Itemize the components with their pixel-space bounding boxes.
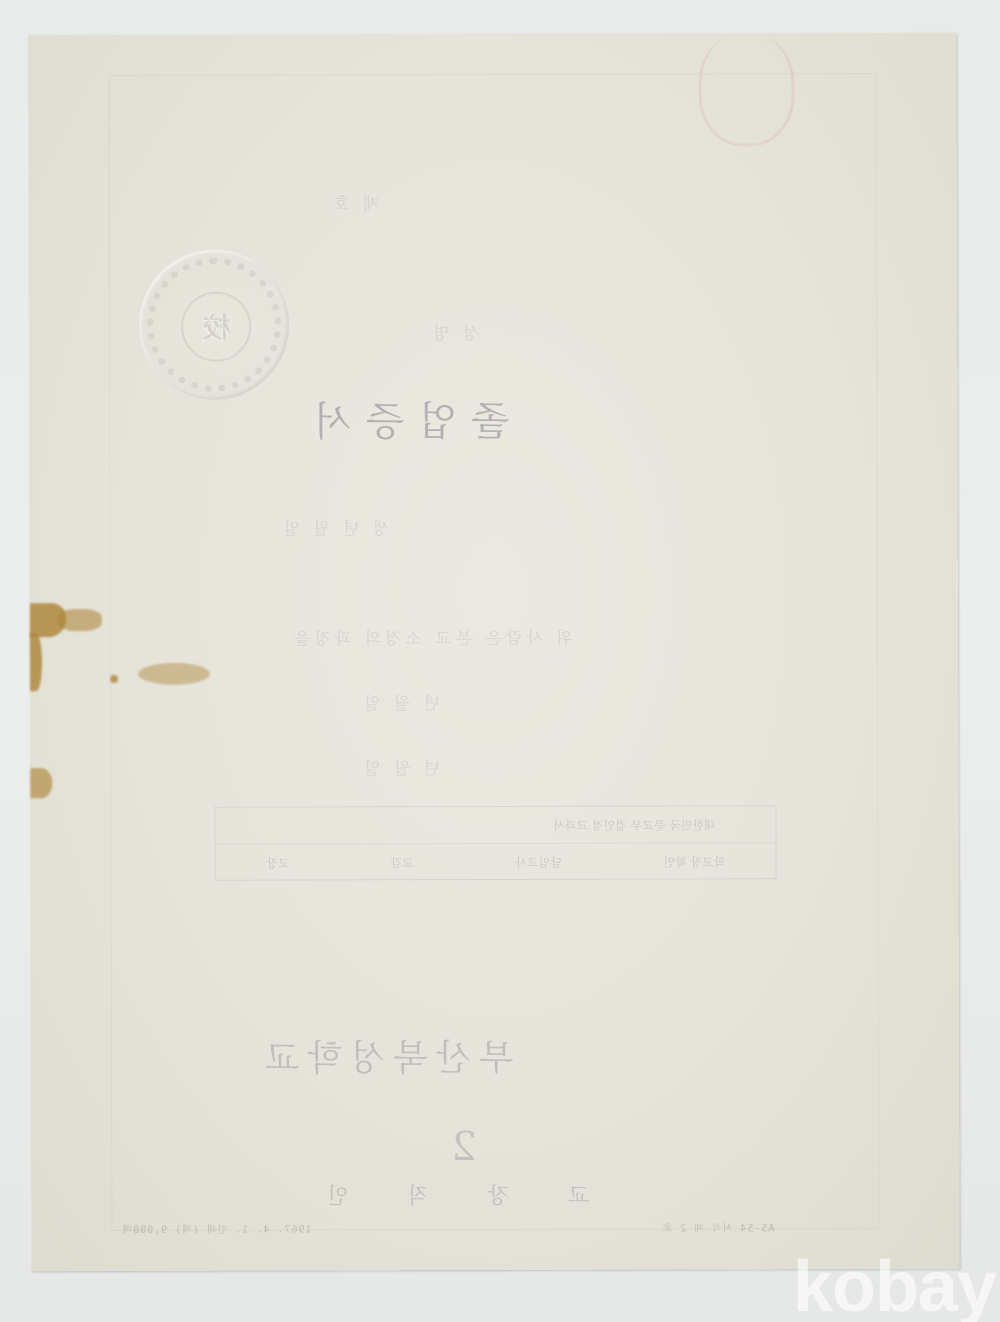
bleed-signature-row: 교 장 직 인 — [301, 1179, 589, 1211]
stamp-box-row-1: 대한민국 문교부 검인정 교과서 — [215, 806, 775, 843]
seal-core-icon: 校 — [181, 292, 251, 362]
faded-stamp-mark — [698, 33, 794, 146]
embossed-seal: 校 — [139, 250, 289, 400]
bleed-line-3: 생 년 월 일 — [280, 514, 390, 539]
bleed-footer-right: A5-54 서식 제 2 호 — [661, 1219, 774, 1234]
water-stain — [28, 33, 956, 35]
bleed-line-5: 년 월 일 — [360, 689, 440, 714]
bleed-line-4: 위 사람은 본교 소정의 과정을 — [290, 624, 573, 650]
bleed-title: 졸업증서 — [299, 390, 510, 448]
stamp-box-row-2: 교장 교감 담임교사 학교장 확인 — [216, 842, 776, 880]
bleed-footer-left: 1967. 4. 1. 인쇄 (재) 9,000매 — [121, 1220, 311, 1235]
bleed-number: 2 — [451, 1124, 477, 1170]
certificate-paper-back: 校 졸업증서 제 호 성 명 생 년 월 일 위 사람은 본교 소정의 과정을 … — [28, 33, 959, 1271]
bleed-line-6: 년 월 일 — [360, 754, 440, 779]
bleed-line-2: 성 명 — [429, 319, 479, 344]
bleed-stamp-box: 대한민국 문교부 검인정 교과서 교장 교감 담임교사 학교장 확인 — [214, 805, 776, 880]
kobay-watermark: kobay — [793, 1246, 996, 1322]
bleed-line-1: 제 호 — [329, 189, 379, 214]
bleed-issuer: 부산북성학교 — [257, 1030, 514, 1082]
